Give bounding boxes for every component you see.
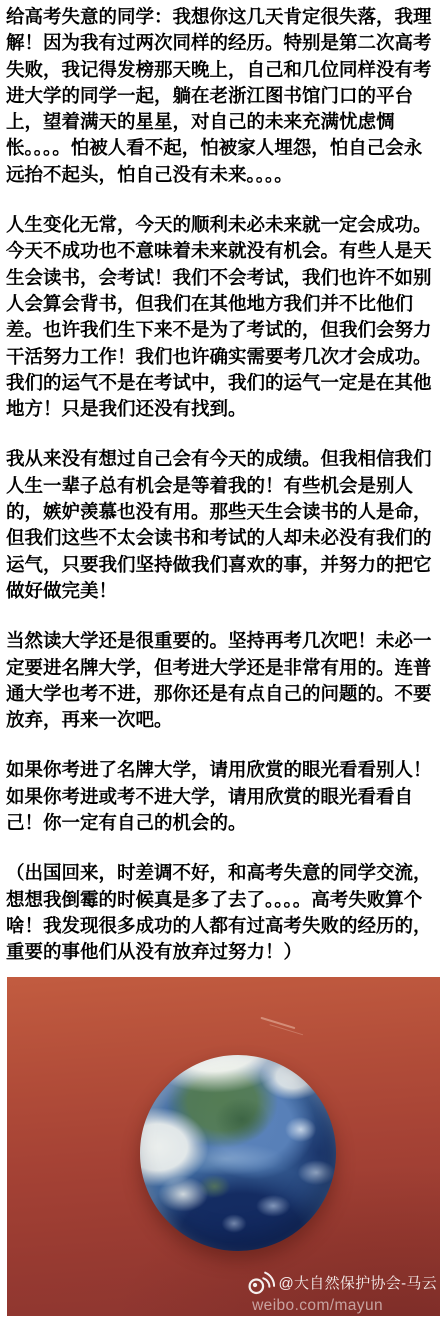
- post-paragraph: 如果你考进了名牌大学，请用欣赏的眼光看看别人！如果你考进或考不进大学，请用欣赏的…: [6, 757, 432, 836]
- post-body-text: 给高考失意的同学：我想你这几天肯定很失落，我理解！因为我有过两次同样的经历。特别…: [0, 0, 440, 966]
- post-paragraph: 人生变化无常，今天的顺利未必未来就一定会成功。今天不成功也不意味着未来就没有机会…: [6, 212, 432, 422]
- earth-painting: [140, 1055, 336, 1251]
- scratch-mark: [261, 1016, 296, 1028]
- weibo-logo-icon: [247, 1270, 275, 1296]
- post-paragraph: （出国回来，时差调不好，和高考失意的同学交流，想想我倒霉的时候真是多了去了。。。…: [6, 860, 432, 965]
- weibo-long-post: 给高考失意的同学：我想你这几天肯定很失落，我理解！因为我有过两次同样的经历。特别…: [0, 0, 440, 1322]
- post-photo[interactable]: @大自然保护协会-马云 weibo.com/mayun: [7, 977, 440, 1316]
- watermark-url: weibo.com/mayun: [252, 1297, 383, 1315]
- post-paragraph: 我从来没有想过自己会有今天的成绩。但我相信我们人生一辈子总有机会是等着我的！有些…: [6, 446, 432, 604]
- post-paragraph: 当然读大学还是很重要的。坚持再考几次吧！未必一定要进名牌大学，但考进大学还是非常…: [6, 628, 432, 733]
- weibo-watermark: @大自然保护协会-马云: [247, 1270, 437, 1296]
- watermark-account: @大自然保护协会-马云: [278, 1272, 437, 1293]
- post-paragraph: 给高考失意的同学：我想你这几天肯定很失落，我理解！因为我有过两次同样的经历。特别…: [6, 4, 432, 188]
